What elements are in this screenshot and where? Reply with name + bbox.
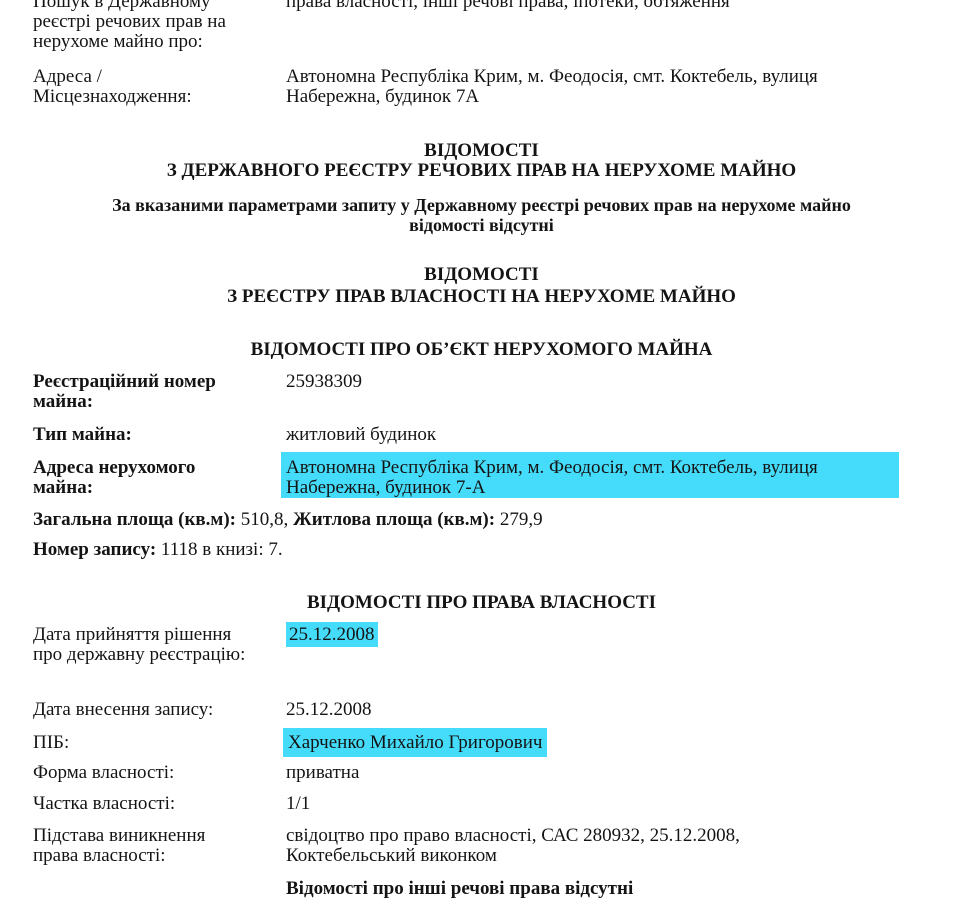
other-rights-note: Відомості про інші речові права відсутні — [286, 879, 906, 898]
entry-date-label: Дата внесення запису: — [33, 700, 273, 720]
property-type-label: Тип майна: — [33, 425, 273, 445]
property-address-row: Адреса нерухомого майна: Автономна Респу… — [33, 458, 933, 500]
property-object-title: ВІДОМОСТІ ПРО ОБ’ЄКТ НЕРУХОМОГО МАЙНА — [0, 340, 963, 360]
ownership-form-value: приватна — [286, 763, 906, 783]
decision-date-row: Дата прийняття рішення про державну реєс… — [33, 625, 933, 689]
state-registry-title-line2: З ДЕРЖАВНОГО РЕЄСТРУ РЕЧОВИХ ПРАВ НА НЕР… — [0, 161, 963, 181]
state-registry-result-line1: За вказаними параметрами запиту у Держав… — [0, 195, 963, 215]
total-area-value: 510,8, — [236, 509, 293, 530]
ownership-rights-title: ВІДОМОСТІ ПРО ПРАВА ВЛАСНОСТІ — [0, 593, 963, 613]
ownership-share-value: 1/1 — [286, 794, 906, 814]
search-value: права власності, інші речові права, іпот… — [286, 0, 906, 12]
reg-number-row: Реєстраційний номер майна: 25938309 — [33, 372, 933, 414]
search-address-row: Адреса / Місцезнаходження: Автономна Рес… — [33, 67, 933, 109]
entry-date-row: Дата внесення запису: 25.12.2008 — [33, 700, 933, 720]
search-address-label: Адреса / Місцезнаходження: — [33, 67, 233, 107]
state-registry-title-line1: ВІДОМОСТІ — [0, 141, 963, 161]
ownership-form-row: Форма власності: приватна — [33, 763, 933, 783]
ownership-form-label: Форма власності: — [33, 763, 273, 783]
ownership-basis-row: Підстава виникнення права власності: сві… — [33, 826, 933, 868]
record-number-row: Номер запису: 1118 в книзі: 7. — [33, 540, 283, 560]
record-number-value: 1118 в книзі: 7. — [156, 539, 282, 560]
entry-date-value: 25.12.2008 — [286, 700, 906, 720]
search-parameters-row: Пошук в Державному реєстрі речових прав … — [33, 0, 933, 52]
ownership-share-row: Частка власності: 1/1 — [33, 794, 933, 814]
other-rights-row: Відомості про інші речові права відсутні — [33, 879, 933, 898]
living-area-value: 279,9 — [495, 509, 543, 530]
property-address-value: Автономна Республіка Крим, м. Феодосія, … — [286, 458, 901, 498]
area-row: Загальна площа (кв.м): 510,8, Житлова пл… — [33, 510, 543, 530]
property-type-value: житловий будинок — [286, 425, 906, 445]
decision-date-value: 25.12.2008 — [286, 622, 378, 647]
decision-date-label: Дата прийняття рішення про державну реєс… — [33, 625, 263, 665]
owner-name-row: ПІБ: Харченко Михайло Григорович — [33, 733, 933, 753]
record-number-label: Номер запису: — [33, 539, 156, 560]
owner-name-label: ПІБ: — [33, 733, 273, 753]
ownership-basis-label: Підстава виникнення права власності: — [33, 826, 248, 866]
search-address-value: Автономна Республіка Крим, м. Феодосія, … — [286, 67, 906, 107]
registry-extract-document: Пошук в Державному реєстрі речових прав … — [0, 0, 963, 898]
reg-number-label: Реєстраційний номер майна: — [33, 372, 258, 412]
ownership-registry-title-line2: З РЕЄСТРУ ПРАВ ВЛАСНОСТІ НА НЕРУХОМЕ МАЙ… — [0, 287, 963, 307]
ownership-basis-value: свідоцтво про право власності, САС 28093… — [286, 826, 846, 866]
living-area-label: Житлова площа (кв.м): — [293, 509, 495, 530]
state-registry-result-line2: відомості відсутні — [0, 215, 963, 235]
property-type-row: Тип майна: житловий будинок — [33, 425, 933, 445]
search-label: Пошук в Державному реєстрі речових прав … — [33, 0, 263, 52]
total-area-label: Загальна площа (кв.м): — [33, 509, 236, 530]
ownership-registry-title-line1: ВІДОМОСТІ — [0, 265, 963, 285]
ownership-share-label: Частка власності: — [33, 794, 273, 814]
property-address-label: Адреса нерухомого майна: — [33, 458, 233, 498]
reg-number-value: 25938309 — [286, 372, 906, 392]
owner-name-value: Харченко Михайло Григорович — [283, 728, 547, 757]
